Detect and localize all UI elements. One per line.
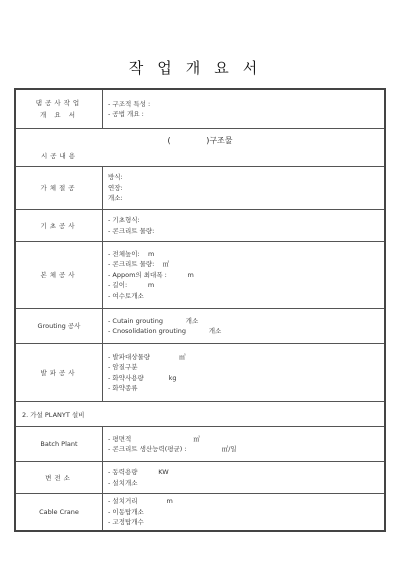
label-batch-plant: Batch Plant [16, 427, 103, 461]
row-overview: 댐공사작업 개 요 서 - 구조적 특성 : - 공법 개요 : [16, 90, 384, 129]
construction-content-label: 시공내용 [16, 151, 103, 160]
main-body-item: - 콘크리트 물량: ㎥ [108, 259, 384, 270]
temp-closure-item: 방식: [108, 172, 384, 183]
value-overview: - 구조적 특성 : - 공법 개요 : [104, 90, 384, 128]
substation-item: - 동력용량 KW [108, 467, 384, 478]
row-main-body: 본체공사 - 전체높이: m - 콘크리트 물량: ㎥ - Appom의 최대폭… [16, 242, 384, 309]
row-blasting: 발파공사 - 발파대상물량 ㎥ - 암질구분 - 화약사용량 kg - 화약종류 [16, 344, 384, 402]
label-foundation: 기초공사 [16, 210, 103, 241]
label-temp-closure: 가체절공 [16, 167, 103, 209]
batch-plant-item: - 평면적 ㎥ [108, 434, 384, 445]
cable-crane-item: - 이동탑개소 [108, 507, 384, 518]
label-overview-line2: 개 요 서 [36, 109, 82, 121]
temp-closure-item: 개소: [108, 193, 384, 204]
label-blasting: 발파공사 [16, 344, 103, 401]
row-foundation: 기초공사 - 기초형식: - 콘크리트 물량: [16, 210, 384, 242]
label-overview: 댐공사작업 개 요 서 [16, 90, 103, 128]
section-2-heading: 2. 가설 PLANYT 설비 [22, 402, 84, 426]
structure-heading: ( )구조물 [16, 135, 384, 146]
row-structure: ( )구조물 시공내용 [16, 129, 384, 167]
structure-cell: ( )구조물 시공내용 [16, 129, 384, 166]
row-substation: 변전소 - 동력용량 KW - 설치개소 [16, 462, 384, 494]
substation-item: - 설치개소 [108, 478, 384, 489]
value-cable-crane: - 설치거리 m - 이동탑개소 - 고정탑개수 [104, 494, 384, 530]
value-grouting: - Cutain grouting 개소 - Cnosolidation gro… [104, 309, 384, 343]
row-grouting: Grouting 공사 - Cutain grouting 개소 - Cnoso… [16, 309, 384, 344]
value-foundation: - 기초형식: - 콘크리트 물량: [104, 210, 384, 241]
blasting-item: - 암질구분 [108, 362, 384, 373]
main-body-item: - 전체높이: m [108, 249, 384, 260]
foundation-item: - 콘크리트 물량: [108, 226, 384, 237]
grouting-item: - Cnosolidation grouting 개소 [108, 326, 384, 337]
document-title: 작업개요서 [0, 57, 400, 78]
blasting-item: - 화약사용량 kg [108, 373, 384, 384]
value-batch-plant: - 평면적 ㎥ - 콘크리트 생산능력(평균) : ㎥/일 [104, 427, 384, 461]
batch-plant-item: - 콘크리트 생산능력(평균) : ㎥/일 [108, 444, 384, 455]
label-cable-crane: Cable Crane [16, 494, 103, 530]
value-substation: - 동력용량 KW - 설치개소 [104, 462, 384, 493]
row-section-2: 2. 가설 PLANYT 설비 [16, 402, 384, 427]
grouting-item: - Cutain grouting 개소 [108, 316, 384, 327]
value-blasting: - 발파대상물량 ㎥ - 암질구분 - 화약사용량 kg - 화약종류 [104, 344, 384, 401]
work-overview-table: 댐공사작업 개 요 서 - 구조적 특성 : - 공법 개요 : ( )구조물 … [14, 88, 386, 532]
label-grouting: Grouting 공사 [16, 309, 103, 343]
blasting-item: - 화약종류 [108, 383, 384, 394]
row-temp-closure: 가체절공 방식: 연장: 개소: [16, 167, 384, 210]
temp-closure-item: 연장: [108, 183, 384, 194]
row-cable-crane: Cable Crane - 설치거리 m - 이동탑개소 - 고정탑개수 [16, 494, 384, 530]
overview-item: - 공법 개요 : [108, 109, 384, 120]
cable-crane-item: - 설치거리 m [108, 496, 384, 507]
overview-item: - 구조적 특성 : [108, 99, 384, 110]
foundation-item: - 기초형식: [108, 215, 384, 226]
label-main-body: 본체공사 [16, 242, 103, 308]
main-body-item: - 여수토개소 [108, 291, 384, 302]
value-main-body: - 전체높이: m - 콘크리트 물량: ㎥ - Appom의 최대폭 : m … [104, 242, 384, 308]
row-batch-plant: Batch Plant - 평면적 ㎥ - 콘크리트 생산능력(평균) : ㎥/… [16, 427, 384, 462]
value-temp-closure: 방식: 연장: 개소: [104, 167, 384, 209]
cable-crane-item: - 고정탑개수 [108, 517, 384, 528]
label-overview-line1: 댐공사작업 [36, 97, 82, 109]
blasting-item: - 발파대상물량 ㎥ [108, 352, 384, 363]
main-body-item: - Appom의 최대폭 : m [108, 270, 384, 281]
label-substation: 변전소 [16, 462, 103, 493]
main-body-item: - 길이: m [108, 280, 384, 291]
